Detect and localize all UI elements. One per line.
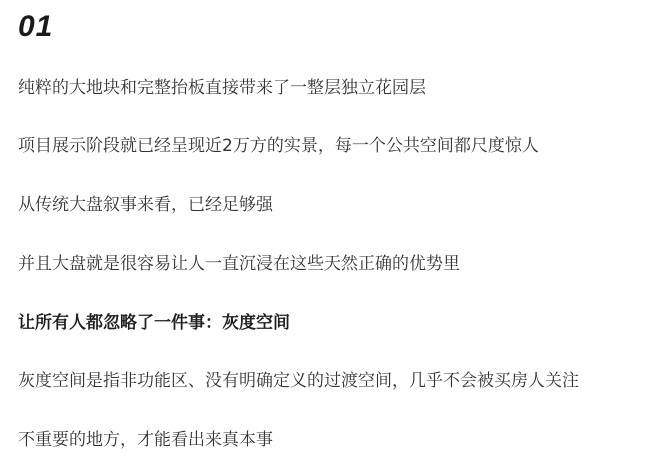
paragraph-2: 项目展示阶段就已经呈现近2万方的实景，每一个公共空间都尺度惊人 [18, 134, 539, 158]
paragraph-7: 不重要的地方，才能看出来真本事 [18, 428, 273, 452]
paragraph-1: 纯粹的大地块和完整抬板直接带来了一整层独立花园层 [18, 76, 426, 100]
paragraph-3: 从传统大盘叙事来看，已经足够强 [18, 193, 273, 217]
paragraph-6: 灰度空间是指非功能区、没有明确定义的过渡空间，几乎不会被买房人关注 [18, 369, 579, 393]
section-number: 01 [18, 9, 53, 45]
paragraph-5-highlight: 让所有人都忽略了一件事：灰度空间 [18, 311, 290, 335]
paragraph-4: 并且大盘就是很容易让人一直沉浸在这些天然正确的优势里 [18, 252, 460, 276]
